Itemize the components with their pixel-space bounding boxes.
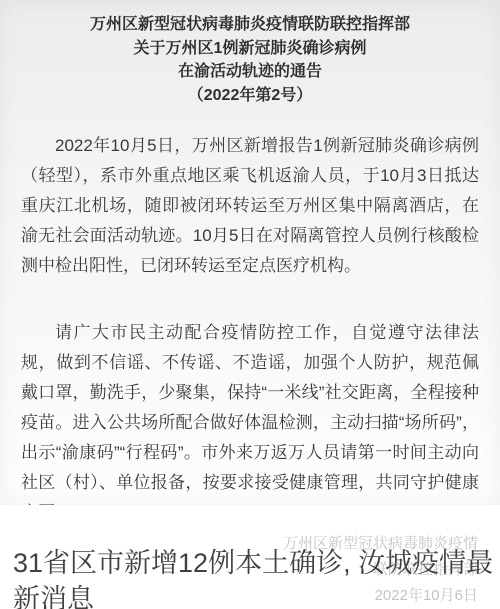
notice-paragraph-public-guidance: 请广大市民主动配合疫情防控工作，自觉遵守法律法规，做到不信谣、不传谣、不造谣，加… [21, 318, 479, 528]
notice-issue-number: （2022年第2号） [0, 84, 500, 108]
notice-title: 万州区新型冠状病毒肺炎疫情联防联控指挥部 关于万州区1例新冠肺炎确诊病例 在渝活… [0, 13, 500, 107]
notice-title-line-2: 关于万州区1例新冠肺炎确诊病例 [0, 37, 500, 61]
headline-section: 万州区新型冠状病毒肺炎疫情 联防联控指挥部 2022年10月6日 31省区市新增… [0, 505, 500, 609]
notice-document: 万州区新型冠状病毒肺炎疫情联防联控指挥部 关于万州区1例新冠肺炎确诊病例 在渝活… [0, 0, 500, 505]
notice-title-line-3: 在渝活动轨迹的通告 [0, 60, 500, 84]
notice-screenshot: 万州区新型冠状病毒肺炎疫情联防联控指挥部 关于万州区1例新冠肺炎确诊病例 在渝活… [0, 0, 500, 609]
notice-paragraph-case-details: 2022年10月5日，万州区新增报告1例新冠肺炎确诊病例（轻型），系市外重点地区… [21, 131, 479, 281]
news-headline: 31省区市新增12例本土确诊, 汝城疫情最新消息 [13, 545, 500, 609]
notice-title-line-1: 万州区新型冠状病毒肺炎疫情联防联控指挥部 [0, 13, 500, 37]
